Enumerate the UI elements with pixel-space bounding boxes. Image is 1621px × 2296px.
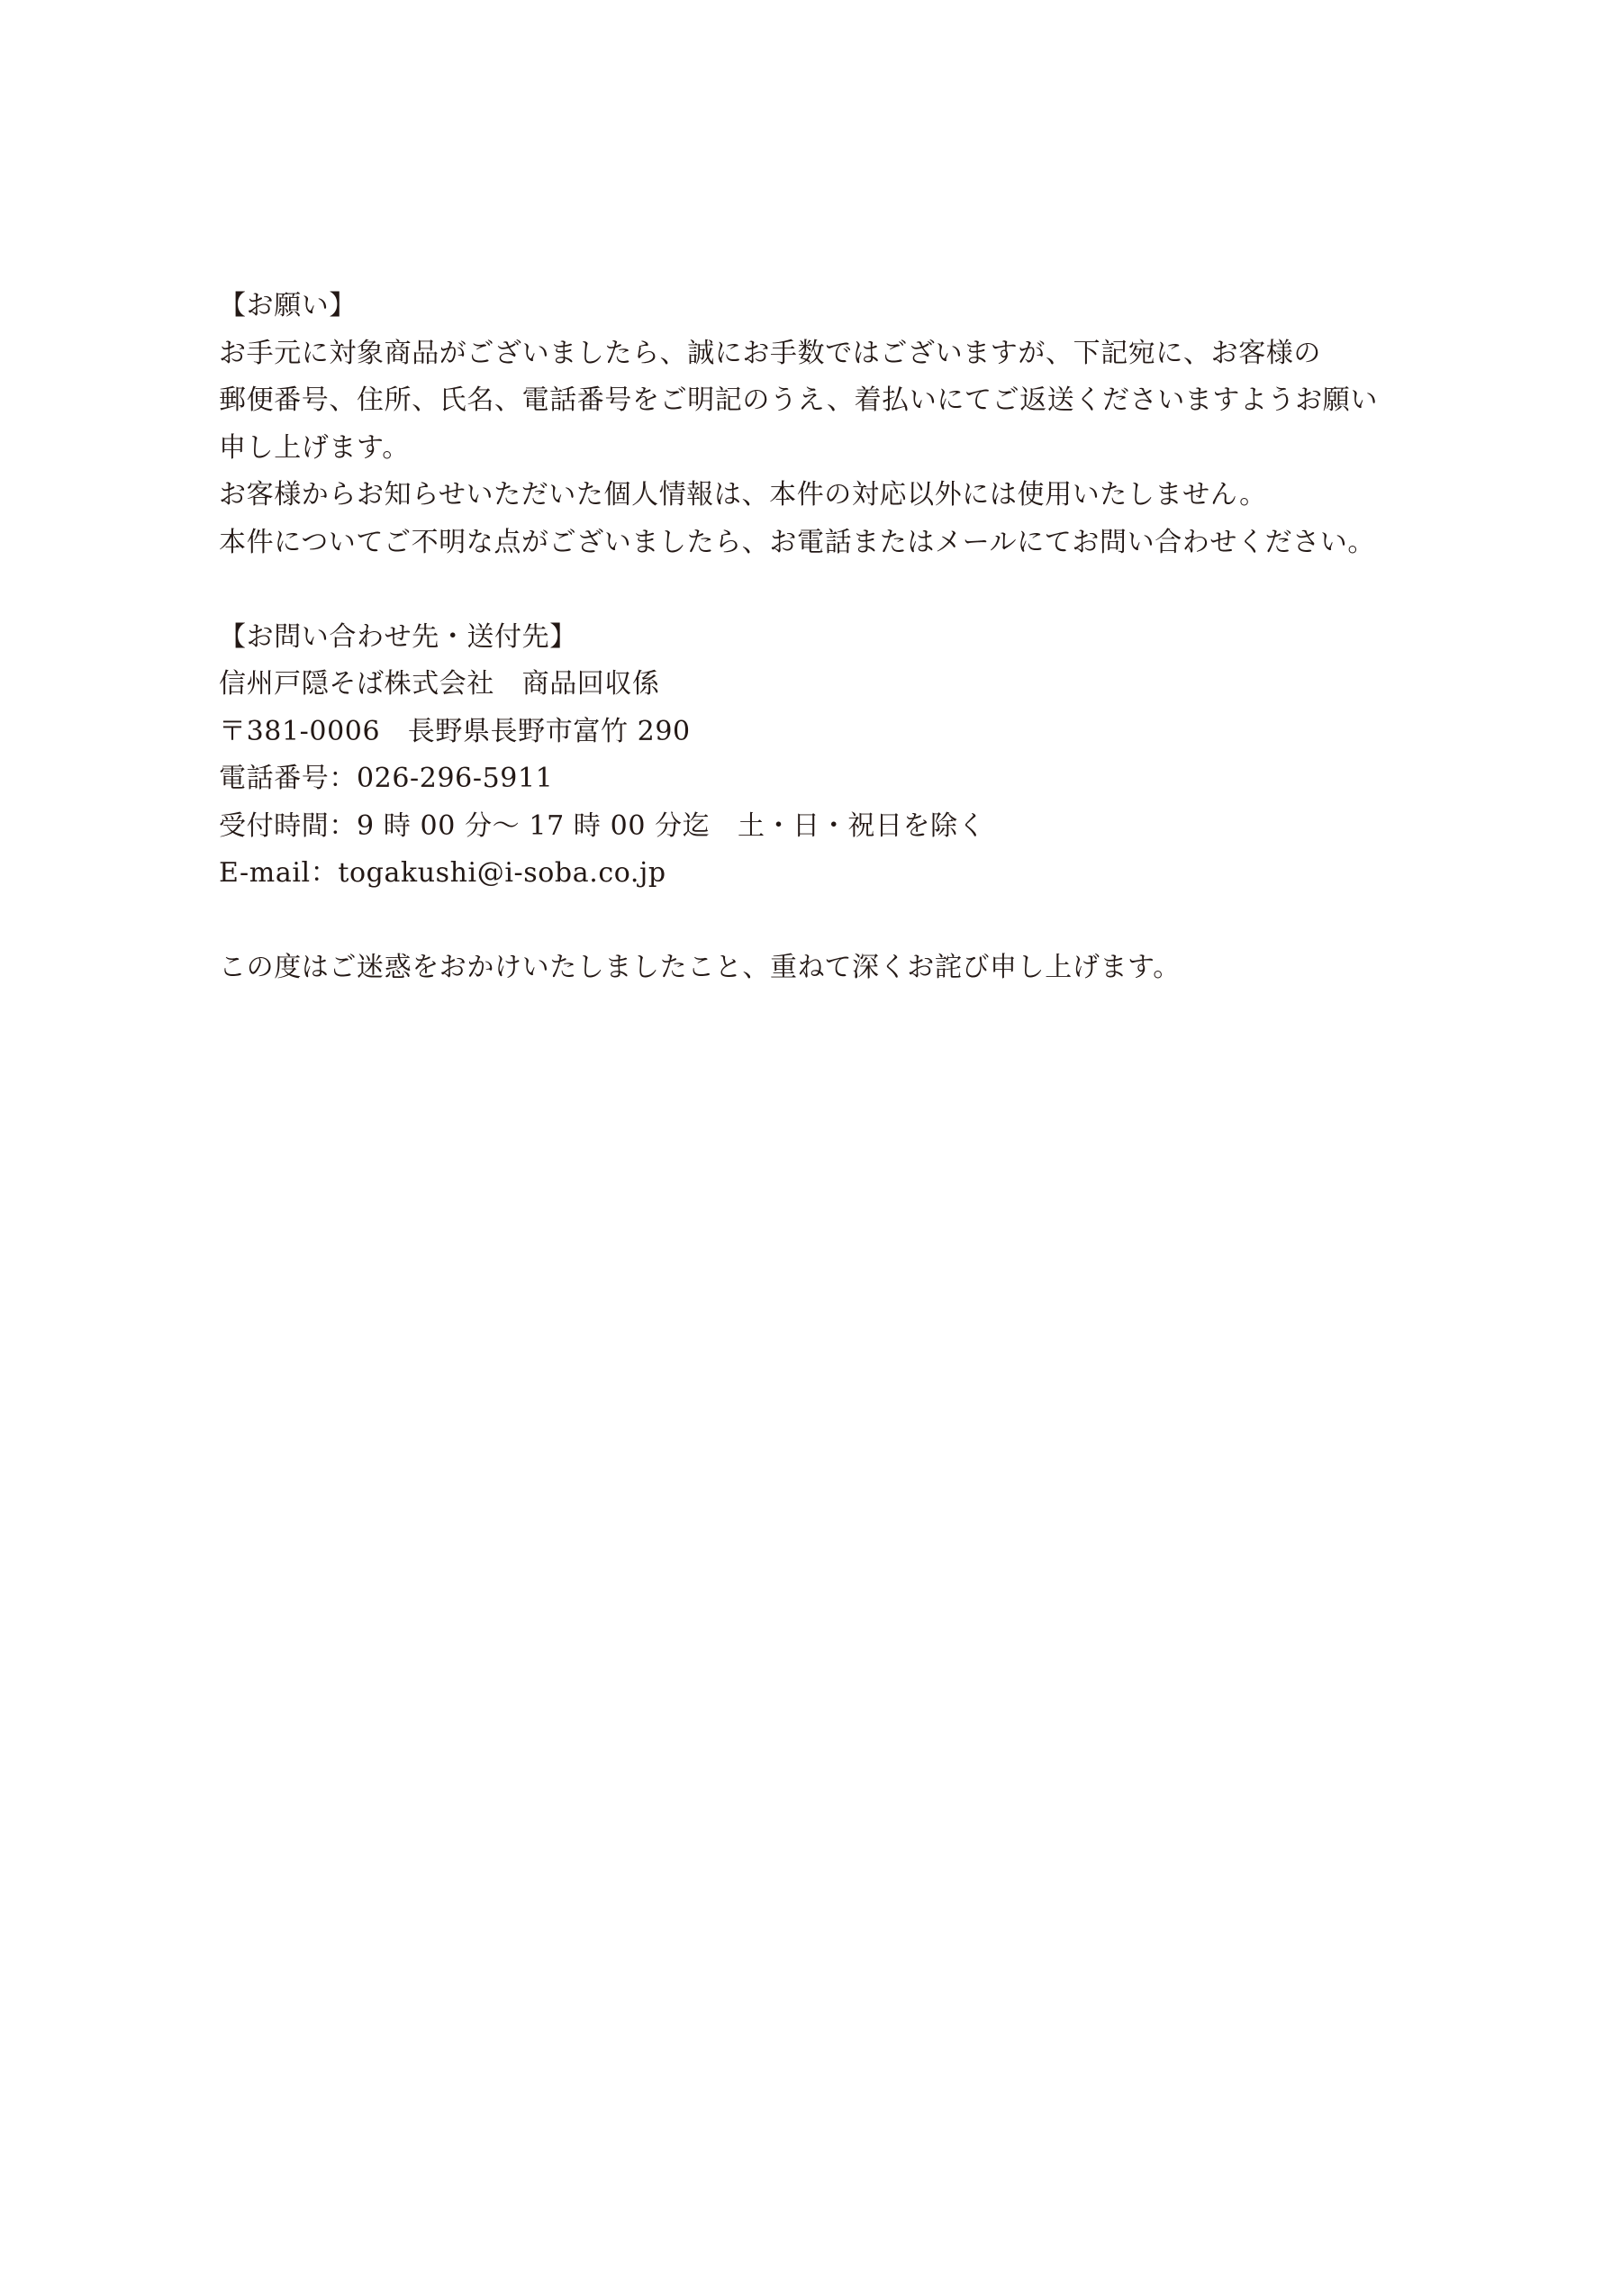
email-row: E-mail：togakushi@i-soba.co.jp (219, 850, 1480, 898)
email-label: E-mail： (219, 857, 338, 889)
contact-heading: 【お問い合わせ先・送付先】 (219, 614, 1480, 662)
contact-section: 【お問い合わせ先・送付先】 信州戸隠そば株式会社 商品回収係 〒381-0006… (219, 614, 1480, 898)
request-line: 申し上げます。 (219, 425, 1480, 473)
closing-section: この度はご迷惑をおかけいたしましたこと、重ねて深くお詫び申し上げます。 (219, 945, 1480, 992)
company-name: 信州戸隠そば株式会社 商品回収係 (219, 661, 1480, 709)
request-heading: 【お願い】 (219, 283, 1480, 330)
business-hours: 9 時 00 分〜 17 時 00 分迄 土・日・祝日を除く (357, 810, 985, 842)
spacer (219, 566, 1480, 614)
inquiry-notice: 本件についてご不明な点がございましたら、お電話またはメールにてお問い合わせくださ… (219, 520, 1480, 567)
phone-row: 電話番号：026-296-5911 (219, 755, 1480, 803)
hours-label: 受付時間： (219, 810, 357, 842)
email-address: togakushi@i-soba.co.jp (338, 857, 666, 889)
privacy-notice: お客様からお知らせいただいた個人情報は、本件の対応以外には使用いたしません。 (219, 472, 1480, 520)
phone-label: 電話番号： (219, 763, 357, 794)
closing-apology: この度はご迷惑をおかけいたしましたこと、重ねて深くお詫び申し上げます。 (219, 945, 1480, 992)
hours-row: 受付時間：9 時 00 分〜 17 時 00 分迄 土・日・祝日を除く (219, 803, 1480, 851)
request-line: 郵便番号、住所、氏名、電話番号をご明記のうえ、着払いにてご返送くださいますようお… (219, 377, 1480, 425)
spacer (219, 898, 1480, 945)
request-section: 【お願い】 お手元に対象商品がございましたら、誠にお手数ではございますが、下記宛… (219, 283, 1480, 566)
postal-address: 〒381-0006 長野県長野市富竹 290 (219, 709, 1480, 756)
document-body: 【お願い】 お手元に対象商品がございましたら、誠にお手数ではございますが、下記宛… (219, 283, 1480, 992)
phone-number: 026-296-5911 (357, 763, 553, 794)
request-line: お手元に対象商品がございましたら、誠にお手数ではございますが、下記宛に、お客様の (219, 330, 1480, 378)
